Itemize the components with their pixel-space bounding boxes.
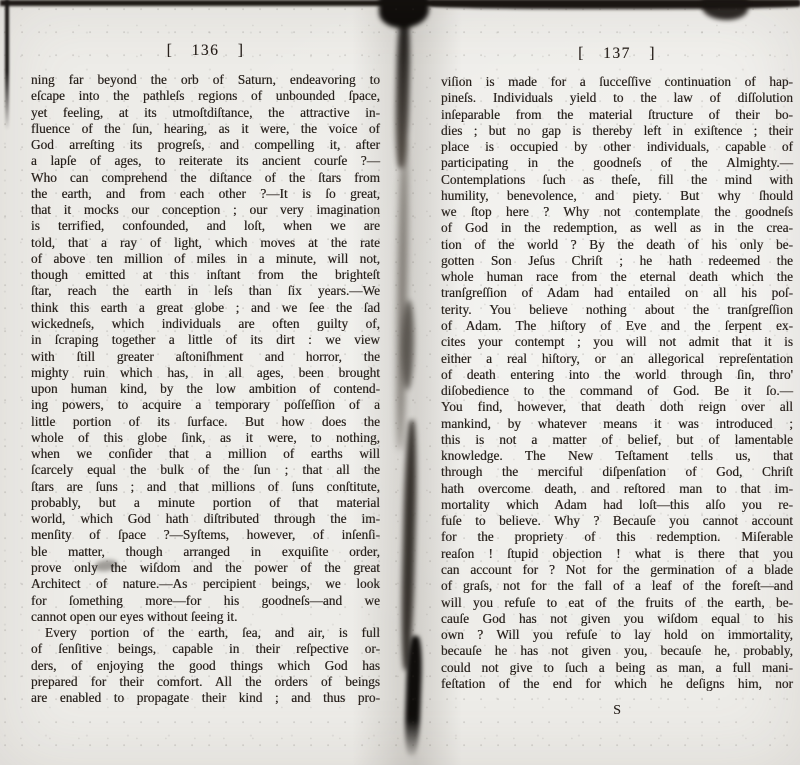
text-line: God arreſting its progreſs, and compelli… <box>31 137 380 153</box>
text-line: gotten Son Jeſus Chriſt ; he hath redeem… <box>441 253 793 269</box>
book-scan: [ 136 ] ning far beyond the orb of Satur… <box>0 0 800 765</box>
text-line: is terrified, confounded, and loſt, when… <box>31 218 380 234</box>
text-line: that it mocks our conception ; our very … <box>31 202 380 218</box>
text-line: terity. You believe nothing about the tr… <box>441 302 793 318</box>
text-line: knowledge. The New Teſtament tells us, t… <box>441 448 793 464</box>
text-line: the earth, and from each other ?—It is ſ… <box>31 186 380 202</box>
text-line: will you refuſe to eat of the fruits of … <box>441 595 793 611</box>
text-line: of Adam. The hiſtory of Eve and the ſerp… <box>441 318 793 334</box>
text-line: hath overcome death, and reſtored man to… <box>441 481 793 497</box>
text-line: we ſtop here ? Why not contemplate the g… <box>441 204 793 220</box>
text-line: reaſon ! ſtupid objection ! what is ther… <box>441 546 793 562</box>
gutter-streak-top <box>395 8 411 168</box>
text-line: own ? Will you refuſe to lay hold on imm… <box>441 627 793 643</box>
scan-edge-top <box>0 0 800 6</box>
text-line: Architect of nature.—As percipient being… <box>31 576 380 592</box>
scan-blob-top-center <box>379 0 429 28</box>
text-line: cites your contempt ; you will not admit… <box>441 334 793 350</box>
text-line: though emitted at this inſtant from the … <box>31 267 380 283</box>
text-line: inſeparable from the material ſtructure … <box>441 107 793 123</box>
text-line: tranſgreſſion of Adam had entailed on al… <box>441 285 793 301</box>
scan-edge-left <box>5 0 9 130</box>
text-line: of above ten million of miles in a minut… <box>31 251 380 267</box>
page-136: [ 136 ] ning far beyond the orb of Satur… <box>31 42 380 742</box>
page-number-header-left: [ 136 ] <box>31 42 380 60</box>
page-137-text-column: viſion is made for a ſucceſſive continua… <box>441 74 793 692</box>
text-line: Contemplations ſuch as theſe, fill the m… <box>441 172 793 188</box>
text-line: eſcape into the pathleſs regions of unbo… <box>31 88 380 104</box>
text-line: dies ; but no gap is thereby left in exi… <box>441 123 793 139</box>
text-line: ing powers, to acquire a temporary poſſe… <box>31 397 380 413</box>
text-line: ble matter, though arranged in exquiſite… <box>31 544 380 560</box>
text-line: can account for ? Not for the germinatio… <box>441 562 793 578</box>
text-line: for ſomething more—for his goodneſs—and … <box>31 593 380 609</box>
text-line: a lapſe of ages, to reiterate its ancien… <box>31 153 380 169</box>
scan-edge-top-right <box>430 0 800 9</box>
text-line: ſtar, reach the earth in leſs than ſix y… <box>31 283 380 299</box>
text-line: fluence of the ſun, hearing, as it were,… <box>31 121 380 137</box>
text-line: prepared for their comfort. All the orde… <box>31 674 380 690</box>
text-line: think this earth a great globe ; and we … <box>31 300 380 316</box>
page-137: [ 137 ] viſion is made for a ſucceſſive … <box>441 45 793 745</box>
text-line: ders, of enjoying the good things which … <box>31 658 380 674</box>
text-line: You find, however, that death doth reign… <box>441 399 793 415</box>
text-line: fuſe to believe. Why ? Becauſe you canno… <box>441 513 793 529</box>
text-line: of death entering into the world through… <box>441 367 793 383</box>
text-line: are enabled to propagate their kind ; an… <box>31 690 380 706</box>
text-line: Who can comprehend the diſtance of the ſ… <box>31 170 380 186</box>
page-number-header-right: [ 137 ] <box>441 45 793 63</box>
text-line: pineſs. Individuals yield to the law of … <box>441 90 793 106</box>
text-line: could not give to ſuch a being as man, a… <box>441 660 793 676</box>
text-line: ning far beyond the orb of Saturn, endea… <box>31 72 380 88</box>
page-136-text-column: ning far beyond the orb of Saturn, endea… <box>31 72 380 706</box>
gutter-streak-lower <box>400 420 418 670</box>
gutter-streak-middle <box>396 140 409 450</box>
text-line: mortality which Adam had loſt—this alſo … <box>441 497 793 513</box>
gutter-streak-blotch <box>401 300 415 390</box>
text-line: cannot open our eyes without ſeeing it. <box>31 609 380 625</box>
text-line: humility, benevolence, and piety. But wh… <box>441 188 793 204</box>
text-line: wickedneſs, which individuals are often … <box>31 316 380 332</box>
gutter-streak-bottom <box>404 636 423 756</box>
text-line: in ſcraping together a little of its dir… <box>31 332 380 348</box>
text-line: ſtars are ſuns ; and that millions of ſu… <box>31 479 380 495</box>
text-line: either a real hiſtory, or an allegorical… <box>441 351 793 367</box>
text-line: little portion of its ſurface. But how d… <box>31 414 380 430</box>
text-line: Every portion of the earth, ſea, and air… <box>31 625 380 641</box>
text-line: through the merciful diſpenſation of God… <box>441 464 793 480</box>
text-line: told, that a ray of light, which moves a… <box>31 235 380 251</box>
text-line: this is not a matter of belief, but of l… <box>441 432 793 448</box>
scan-blob-top-right <box>702 0 748 20</box>
text-line: tion of the world ? By the death of his … <box>441 237 793 253</box>
text-line: ſcarcely equal the bulk of the ſun ; tha… <box>31 462 380 478</box>
text-line: for the propriety of this redemption. Mi… <box>441 529 793 545</box>
text-line: place is occupied by other individuals, … <box>441 139 793 155</box>
text-line: participating in the goodneſs of the Alm… <box>441 155 793 171</box>
text-line: viſion is made for a ſucceſſive continua… <box>441 74 793 90</box>
text-line: whole of this globe ſink, as it were, to… <box>31 430 380 446</box>
text-line: yet feeling, at its utmoſtdiſtance, the … <box>31 105 380 121</box>
text-line: of graſs, not for the fall of a leaf of … <box>441 578 793 594</box>
text-line: upon human kind, by the low ambition of … <box>31 381 380 397</box>
text-line: world, which God hath diſtributed throug… <box>31 511 380 527</box>
text-line: mighty ruin which has, in all ages, been… <box>31 365 380 381</box>
text-line: prove only the wiſdom and the power of t… <box>31 560 380 576</box>
text-line: menſity of ſpace ?—Syſtems, however, of … <box>31 527 380 543</box>
text-line: when we conſider that a million of earth… <box>31 446 380 462</box>
text-line: diſobedience to the command of God. Be i… <box>441 383 793 399</box>
text-line: of ſenſitive beings, capable in their re… <box>31 641 380 657</box>
text-line: whole human race from the eternal death … <box>441 269 793 285</box>
signature-mark: S <box>441 703 793 719</box>
text-line: becauſe he has not given you, becauſe he… <box>441 643 793 659</box>
text-line: feſtation of the end for which he deſign… <box>441 676 793 692</box>
text-line: of God in the redemption, as well as in … <box>441 220 793 236</box>
text-line: with ſtill greater aſtoniſhment and horr… <box>31 349 380 365</box>
text-line: probably, but a minute portion of that m… <box>31 495 380 511</box>
text-line: mankind, by whatever means it was introd… <box>441 416 793 432</box>
text-line: cauſe God has not given you wiſdom equal… <box>441 611 793 627</box>
